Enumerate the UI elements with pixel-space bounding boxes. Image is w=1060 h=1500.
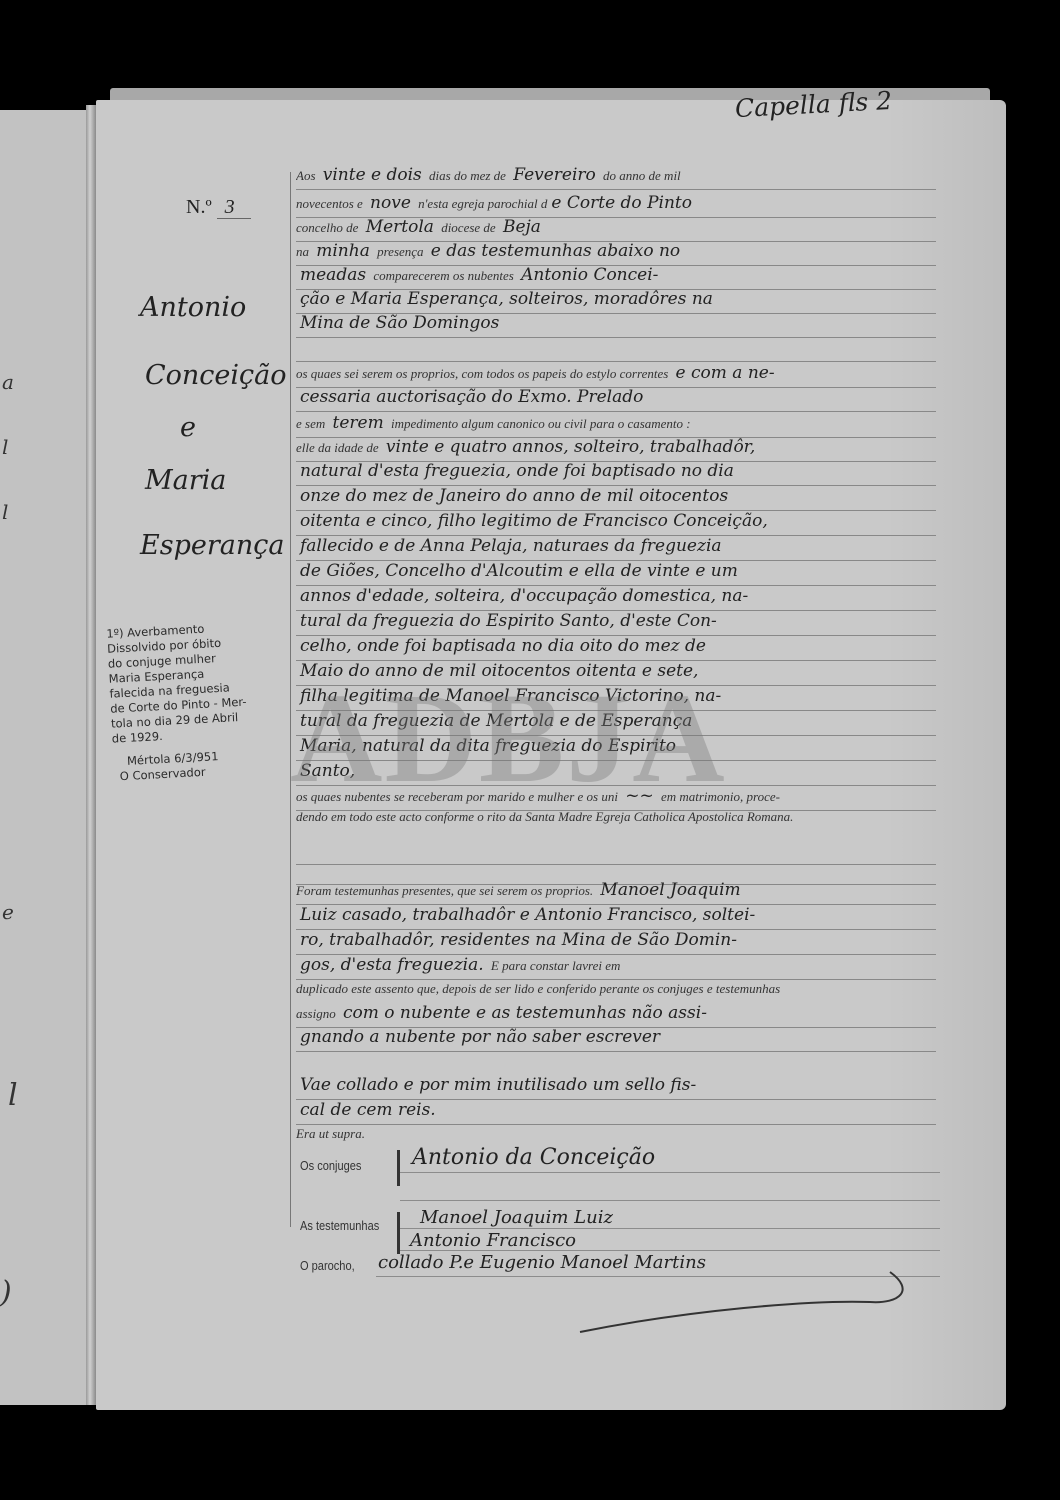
handwritten-text: fallecido e de Anna Pelaja, naturaes da … [300, 536, 722, 556]
record-line: concelho de Mertola diocese de Beja [296, 217, 936, 242]
record-line: duplicado este assento que, depois de se… [296, 980, 936, 1004]
printed-text: em matrimonio, proce- [658, 789, 780, 804]
margin-name-line: Maria [145, 465, 226, 496]
handwritten-text: celho, onde foi baptisada no dia oito do… [300, 636, 706, 656]
conjuges-signature: Antonio da Conceição [412, 1145, 655, 1170]
printed-text: do anno de mil [600, 168, 681, 183]
handwritten-text: Beja [503, 217, 541, 237]
conjuges-label: Os conjuges [300, 1158, 361, 1173]
parocho-label: O parocho, [300, 1258, 355, 1273]
printed-text: assigno [296, 1006, 339, 1021]
handwritten-text: cessaria auctorisação do Exmo. Prelado [300, 387, 643, 407]
printed-text: duplicado este assento que, depois de se… [296, 981, 780, 996]
signature-line [400, 1172, 940, 1173]
record-line: oitenta e cinco, filho legitimo de Franc… [296, 511, 936, 536]
record-line [296, 337, 936, 362]
printed-text: n'esta egreja parochial d [415, 196, 548, 211]
handwritten-text: e com a ne- [676, 363, 775, 383]
signature-line [400, 1200, 940, 1201]
signature-line [400, 1250, 940, 1251]
record-line: Foram testemunhas presentes, que sei ser… [296, 880, 936, 905]
record-line: dendo em todo este acto conforme o rito … [296, 808, 936, 832]
record-line: na minha presença e das testemunhas abai… [296, 241, 936, 266]
record-line: Santo, [296, 761, 936, 786]
handwritten-text: Mertola [366, 217, 434, 237]
handwritten-text: de Giões, Concelho d'Alcoutim e ella de … [300, 561, 738, 581]
printed-text: comparecerem os nubentes [370, 268, 517, 283]
record-line: Aos vinte e dois dias do mez de Fevereir… [296, 165, 936, 190]
record-line: meadas comparecerem os nubentes Antonio … [296, 265, 936, 290]
record-line: os quaes sei serem os proprios, com todo… [296, 363, 936, 388]
printed-text: Aos [296, 168, 319, 183]
left-page-fragment: l [8, 1078, 18, 1113]
handwritten-text: Mina de São Domingos [300, 313, 499, 333]
printed-text: E para constar lavrei em [488, 958, 621, 973]
left-page-fragment: e [2, 900, 14, 924]
left-page-fragment: l [2, 435, 8, 459]
margin-rule [290, 172, 291, 1227]
record-line: tural da freguezia de Mertola e de Esper… [296, 711, 936, 736]
record-line: assigno com o nubente e as testemunhas n… [296, 1003, 936, 1028]
record-line: filha legitima de Manoel Francisco Victo… [296, 686, 936, 711]
handwritten-text: Santo, [300, 761, 355, 781]
entry-number-label: N.º [186, 196, 212, 218]
testemunha-signature: Manoel Joaquim Luiz [420, 1207, 613, 1228]
margin-annotation: 1º) Averbamento Dissolvido por óbito do … [106, 617, 294, 784]
record-line: Luiz casado, trabalhadôr e Antonio Franc… [296, 905, 936, 930]
margin-name-line: Esperança [140, 530, 284, 561]
record-line: de Giões, Concelho d'Alcoutim e ella de … [296, 561, 936, 586]
left-page-fragment: ) [0, 1275, 12, 1310]
printed-text: novecentos e [296, 196, 366, 211]
left-page-fragment: a [2, 370, 14, 394]
handwritten-text: tural da freguezia de Mertola e de Esper… [300, 711, 692, 731]
printed-text: os quaes sei serem os proprios, com todo… [296, 366, 672, 381]
margin-name-line: Antonio [140, 292, 246, 323]
record-line: Maria, natural da dita freguezia do Espi… [296, 736, 936, 761]
handwritten-text: ção e Maria Esperança, solteiros, moradô… [300, 289, 713, 309]
handwritten-text: minha [316, 241, 370, 261]
handwritten-text: ~~ [625, 786, 654, 806]
record-line: e sem terem impedimento algum canonico o… [296, 413, 936, 438]
printed-text: dias do mez de [426, 168, 509, 183]
signature-flourish [570, 1270, 920, 1340]
handwritten-text: vinte e quatro annos, solteiro, trabalha… [386, 437, 755, 457]
record-line: cessaria auctorisação do Exmo. Prelado [296, 387, 936, 412]
handwritten-text: natural d'esta freguezia, onde foi bapti… [300, 461, 734, 481]
handwritten-text: onze do mez de Janeiro do anno de mil oi… [300, 486, 728, 506]
handwritten-text: annos d'edade, solteira, d'occupação dom… [300, 586, 748, 606]
record-line: onze do mez de Janeiro do anno de mil oi… [296, 486, 936, 511]
handwritten-text: Maria, natural da dita freguezia do Espi… [300, 736, 676, 756]
handwritten-text: nove [370, 193, 411, 213]
record-line: gos, d'esta freguezia. E para constar la… [296, 955, 936, 980]
handwritten-text: terem [333, 413, 384, 433]
testemunha-signature: Antonio Francisco [410, 1230, 576, 1251]
record-line: ro, trabalhadôr, residentes na Mina de S… [296, 930, 936, 955]
margin-name-line: e [180, 412, 196, 443]
printed-text: na [296, 244, 312, 259]
printed-text: diocese de [438, 220, 499, 235]
handwritten-text: tural da freguezia do Espirito Santo, d'… [300, 611, 717, 631]
record-line: Mina de São Domingos [296, 313, 936, 338]
signature-line [400, 1228, 940, 1229]
handwritten-text: gnando a nubente por não saber escrever [300, 1027, 660, 1047]
entry-number: N.º 3 [186, 196, 251, 219]
printed-text: dendo em todo este acto conforme o rito … [296, 809, 793, 824]
left-page-fragment: l [2, 500, 8, 524]
handwritten-text: e Corte do Pinto [551, 193, 692, 213]
record-line: fallecido e de Anna Pelaja, naturaes da … [296, 536, 936, 561]
record-line: Vae collado e por mim inutilisado um sel… [296, 1075, 936, 1100]
printed-text: presença [374, 244, 427, 259]
handwritten-text: meadas [300, 265, 366, 285]
printed-text: Foram testemunhas presentes, que sei ser… [296, 883, 596, 898]
handwritten-text: e das testemunhas abaixo no [431, 241, 680, 261]
book-gutter [86, 105, 96, 1405]
handwritten-text: gos, d'esta freguezia. [300, 955, 484, 975]
handwritten-text: com o nubente e as testemunhas não assi- [343, 1003, 707, 1023]
record-line: annos d'edade, solteira, d'occupação dom… [296, 586, 936, 611]
record-line: celho, onde foi baptisada no dia oito do… [296, 636, 936, 661]
left-facing-page: a l l e l ) [0, 110, 92, 1405]
handwritten-text: Vae collado e por mim inutilisado um sel… [300, 1075, 696, 1095]
handwritten-text: filha legitima de Manoel Francisco Victo… [300, 686, 721, 706]
handwritten-text: oitenta e cinco, filho legitimo de Franc… [300, 511, 768, 531]
margin-name-line: Conceição [145, 360, 287, 391]
record-line: Maio do anno de mil oitocentos oitenta e… [296, 661, 936, 686]
testemunhas-label: As testemunhas [300, 1218, 379, 1233]
printed-text: os quaes nubentes se receberam por marid… [296, 789, 621, 804]
record-line: cal de cem reis. [296, 1100, 936, 1125]
record-line: gnando a nubente por não saber escrever [296, 1027, 936, 1052]
record-line: elle da idade de vinte e quatro annos, s… [296, 437, 936, 462]
conjuges-bracket [397, 1150, 400, 1186]
printed-text: e sem [296, 416, 329, 431]
printed-text: concelho de [296, 220, 362, 235]
handwritten-text: ro, trabalhadôr, residentes na Mina de S… [300, 930, 737, 950]
handwritten-text: Antonio Concei- [521, 265, 658, 285]
record-line: natural d'esta freguezia, onde foi bapti… [296, 461, 936, 486]
handwritten-text: cal de cem reis. [300, 1100, 436, 1120]
handwritten-text: Maio do anno de mil oitocentos oitenta e… [300, 661, 698, 681]
record-line: tural da freguezia do Espirito Santo, d'… [296, 611, 936, 636]
handwritten-text: Manoel Joaquim [600, 880, 740, 900]
handwritten-text: Fevereiro [513, 165, 596, 185]
record-line: ção e Maria Esperança, solteiros, moradô… [296, 289, 936, 314]
printed-text: elle da idade de [296, 440, 382, 455]
printed-text: Era ut supra. [296, 1126, 365, 1141]
printed-text: impedimento algum canonico ou civil para… [388, 416, 691, 431]
handwritten-text: vinte e dois [323, 165, 422, 185]
entry-number-value: 3 [217, 196, 251, 219]
testemunhas-bracket [397, 1212, 400, 1254]
record-line: novecentos e nove n'esta egreja parochia… [296, 193, 936, 218]
handwritten-text: Luiz casado, trabalhadôr e Antonio Franc… [300, 905, 755, 925]
